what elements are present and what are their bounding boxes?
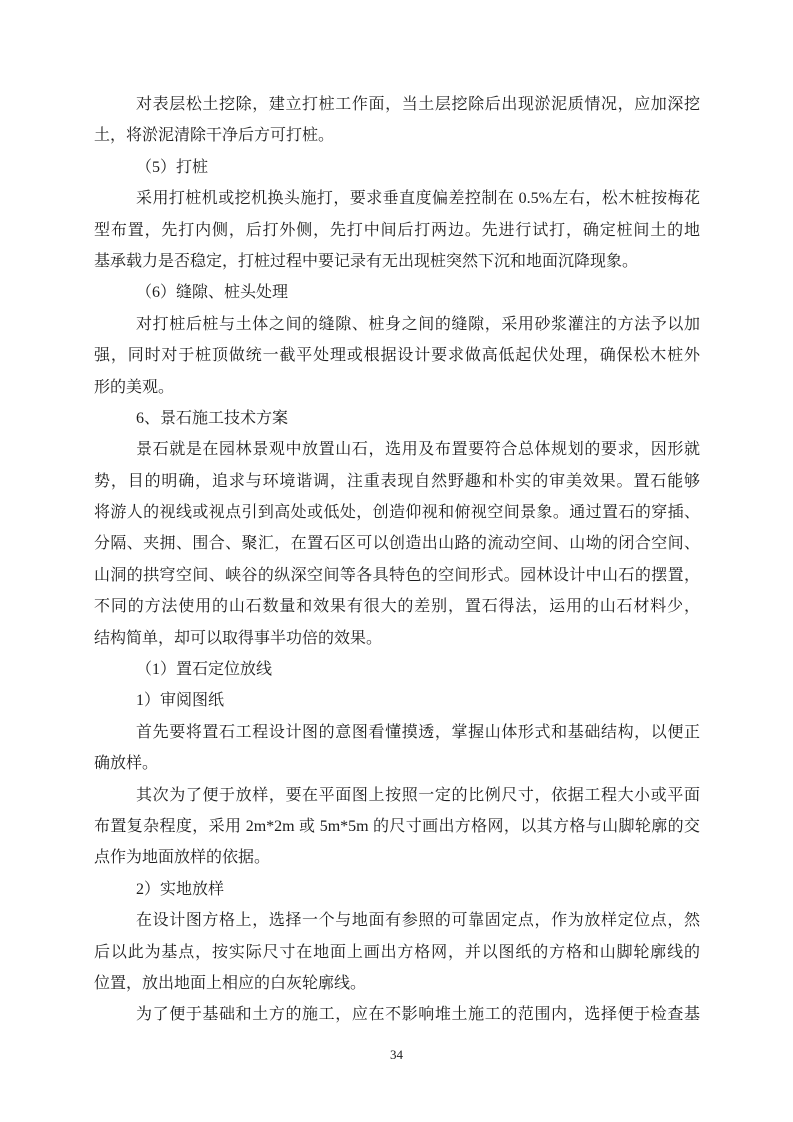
text-line: 土，将淤泥清除干净后方可打桩。 (94, 120, 700, 151)
text-line: 点作为地面放样的依据。 (94, 842, 700, 873)
text-line: 布置复杂程度，采用 2m*2m 或 5m*5m 的尺寸画出方格网，以其方格与山脚… (94, 811, 700, 842)
page-number: 34 (390, 1047, 403, 1062)
text-line: 位置，放出地面上相应的白灰轮廓线。 (94, 968, 700, 999)
text-line: 采用打桩机或挖机换头施打，要求垂直度偏差控制在 0.5%左右，松木桩按梅花 (94, 183, 700, 214)
text-line: 形的美观。 (94, 372, 700, 403)
text-line: 后以此为基点，按实际尺寸在地面上画出方格网，并以图纸的方格和山脚轮廓线的 (94, 937, 700, 968)
section-heading: （5）打桩 (94, 152, 700, 183)
section-heading: （1）置石定位放线 (94, 654, 700, 685)
text-line: 其次为了便于放样，要在平面图上按照一定的比例尺寸，依据工程大小或平面 (94, 780, 700, 811)
section-heading: 1）审阅图纸 (94, 685, 700, 716)
section-heading: 6、景石施工技术方案 (94, 403, 700, 434)
document-body: 对表层松土挖除，建立打桩工作面，当土层挖除后出现淤泥质情况，应加深挖 土，将淤泥… (94, 89, 700, 1031)
text-line: 在设计图方格上，选择一个与地面有参照的可靠固定点，作为放样定位点，然 (94, 905, 700, 936)
text-line: 确放样。 (94, 748, 700, 779)
text-line: 将游人的视线或视点引到高处或低处，创造仰视和俯视空间景象。通过置石的穿插、 (94, 497, 700, 528)
section-heading: （6）缝隙、桩头处理 (94, 277, 700, 308)
text-line: 分隔、夹拥、围合、聚汇，在置石区可以创造出山路的流动空间、山坳的闭合空间、 (94, 528, 700, 559)
text-line: 首先要将置石工程设计图的意图看懂摸透，掌握山体形式和基础结构，以便正 (94, 717, 700, 748)
section-heading: 2）实地放样 (94, 874, 700, 905)
text-line: 景石就是在园林景观中放置山石，选用及布置要符合总体规划的要求，因形就 (94, 434, 700, 465)
text-line: 基承载力是否稳定，打桩过程中要记录有无出现桩突然下沉和地面沉降现象。 (94, 246, 700, 277)
text-line: 不同的方法使用的山石数量和效果有很大的差别，置石得法，运用的山石材料少， (94, 591, 700, 622)
text-line: 型布置，先打内侧，后打外侧，先打中间后打两边。先进行试打，确定桩间土的地 (94, 215, 700, 246)
text-line: 对打桩后桩与土体之间的缝隙、桩身之间的缝隙，采用砂浆灌注的方法予以加 (94, 309, 700, 340)
document-page: 对表层松土挖除，建立打桩工作面，当土层挖除后出现淤泥质情况，应加深挖 土，将淤泥… (0, 0, 793, 1122)
page-footer: 34 (0, 1046, 793, 1064)
text-line: 强，同时对于桩顶做统一截平处理或根据设计要求做高低起伏处理，确保松木桩外 (94, 340, 700, 371)
text-line: 对表层松土挖除，建立打桩工作面，当土层挖除后出现淤泥质情况，应加深挖 (94, 89, 700, 120)
text-line: 结构简单，却可以取得事半功倍的效果。 (94, 623, 700, 654)
text-line: 为了便于基础和土方的施工，应在不影响堆土施工的范围内，选择便于检查基 (94, 999, 700, 1030)
text-line: 山洞的拱穹空间、峡谷的纵深空间等各具特色的空间形式。园林设计中山石的摆置， (94, 560, 700, 591)
text-line: 势，目的明确，追求与环境谐调，注重表现自然野趣和朴实的审美效果。置石能够 (94, 466, 700, 497)
